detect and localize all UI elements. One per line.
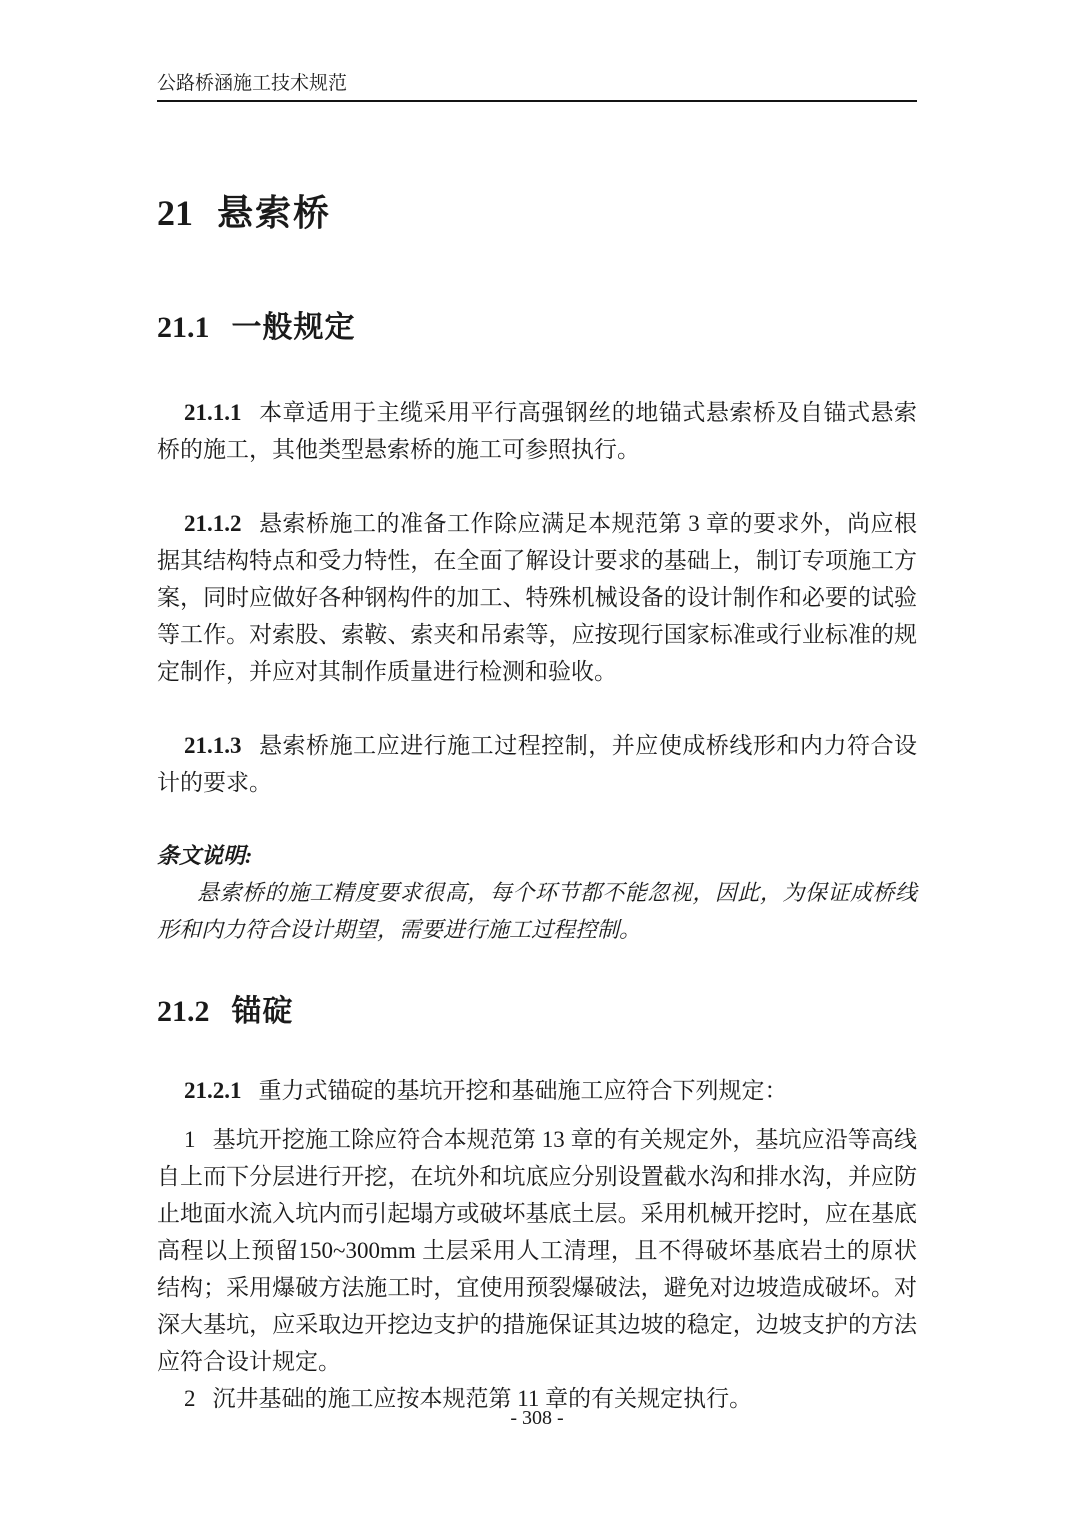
list-item-1: 1基坑开挖施工除应符合本规范第 13 章的有关规定外，基坑应沿等高线自上而下分层… [157, 1121, 917, 1380]
section-heading-21-1: 21.1一般规定 [157, 308, 917, 348]
item-number: 1 [184, 1127, 196, 1152]
chapter-heading: 21悬索桥 [157, 190, 917, 236]
clause-paragraph-21-2-1: 21.2.1重力式锚碇的基坑开挖和基础施工应符合下列规定： [157, 1072, 917, 1109]
clause-paragraph-21-1-1: 21.1.1本章适用于主缆采用平行高强钢丝的地锚式悬索桥及自锚式悬索桥的施工，其… [157, 394, 917, 468]
commentary-text: 悬索桥的施工精度要求很高，每个环节都不能忽视，因此，为保证成桥线形和内力符合设计… [157, 874, 917, 948]
clause-number: 21.1.1 [184, 400, 242, 425]
clause-text: 重力式锚碇的基坑开挖和基础施工应符合下列规定： [259, 1078, 788, 1103]
running-header-title: 公路桥涵施工技术规范 [157, 73, 347, 94]
document-page: 公路桥涵施工技术规范 21悬索桥 21.1一般规定 21.1.1本章适用于主缆采… [0, 0, 1074, 1520]
clause-text: 悬索桥施工的准备工作除应满足本规范第 3 章的要求外，尚应根据其结构特点和受力特… [157, 511, 917, 684]
item-text: 基坑开挖施工除应符合本规范第 13 章的有关规定外，基坑应沿等高线自上而下分层进… [157, 1127, 917, 1374]
running-header: 公路桥涵施工技术规范 [157, 73, 917, 102]
page-number: - 308 - [0, 1406, 1074, 1430]
commentary-label: 条文说明: [157, 837, 917, 874]
chapter-title: 悬索桥 [217, 192, 331, 233]
section-heading-21-2: 21.2锚碇 [157, 992, 917, 1032]
section-title: 锚碇 [232, 995, 294, 1028]
clause-number: 21.2.1 [184, 1078, 242, 1103]
section-number: 21.2 [157, 995, 210, 1028]
chapter-number: 21 [157, 193, 193, 233]
section-title: 一般规定 [232, 311, 356, 344]
clause-text: 本章适用于主缆采用平行高强钢丝的地锚式悬索桥及自锚式悬索桥的施工，其他类型悬索桥… [157, 400, 917, 462]
clause-paragraph-21-1-3: 21.1.3悬索桥施工应进行施工过程控制，并应使成桥线形和内力符合设计的要求。 [157, 727, 917, 801]
clause-number: 21.1.3 [184, 733, 242, 758]
section-number: 21.1 [157, 311, 210, 344]
clause-text: 悬索桥施工应进行施工过程控制，并应使成桥线形和内力符合设计的要求。 [157, 733, 917, 795]
clause-paragraph-21-1-2: 21.1.2悬索桥施工的准备工作除应满足本规范第 3 章的要求外，尚应根据其结构… [157, 505, 917, 690]
clause-number: 21.1.2 [184, 511, 242, 536]
